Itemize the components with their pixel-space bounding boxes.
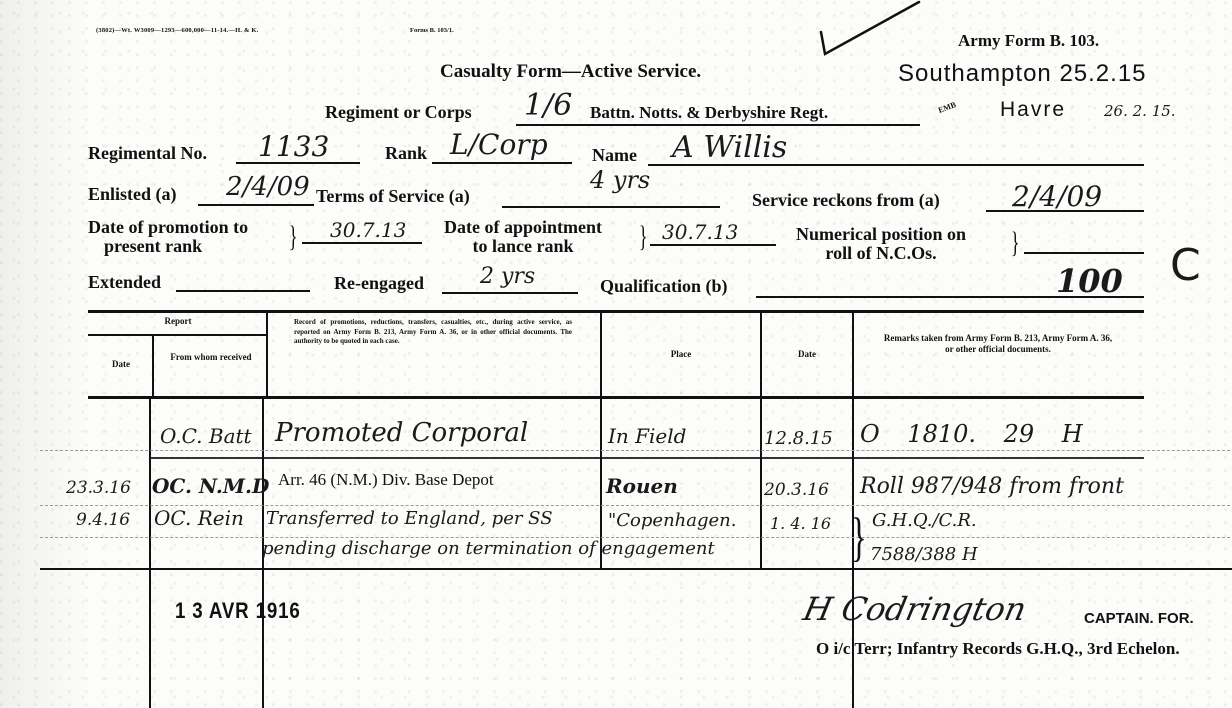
header-from-whom: From whom received (158, 352, 264, 363)
ncos-label: Numerical position on roll of N.C.Os. (796, 225, 966, 263)
row2-date: 23.3.16 (66, 478, 131, 498)
forms-reference: Forms B. 103/1. (410, 27, 454, 34)
row3-date: 9.4.16 (76, 510, 130, 530)
promotion-value: 30.7.13 (330, 218, 406, 242)
records-office: O i/c Terr; Infantry Records G.H.Q., 3rd… (816, 639, 1180, 659)
ncos-label-line1: Numerical position on (796, 225, 966, 244)
terms-underline (502, 206, 720, 208)
reckons-value: 2/4/09 (1012, 180, 1102, 213)
enlisted-value: 2/4/09 (226, 172, 310, 202)
qualification-label: Qualification (b) (600, 276, 728, 297)
name-label: Name (592, 145, 637, 166)
brace-icon: } (1011, 228, 1020, 258)
column-rule (266, 312, 268, 398)
ruled-line (40, 450, 1230, 451)
row3-remarks-line2: 7588/388 H (870, 544, 978, 565)
terms-value: 4 yrs (590, 166, 650, 194)
regiment-label: Regiment or Corps (325, 102, 472, 123)
row3-remarks-line1: G.H.Q./C.R. (872, 510, 977, 531)
signature-title: CAPTAIN. FOR. (1084, 610, 1194, 627)
margin-mark: C (1170, 240, 1201, 291)
appointment-value: 30.7.13 (662, 220, 738, 244)
extended-label: Extended (88, 272, 161, 293)
header-report: Report (90, 316, 266, 327)
army-form-number: Army Form B. 103. (958, 31, 1099, 51)
appointment-underline (650, 244, 776, 246)
row2-date-2: 20.3.16 (764, 480, 829, 500)
column-rule (152, 334, 154, 398)
promotion-label-line2: present rank (88, 237, 248, 256)
ncos-label-line2: roll of N.C.Os. (796, 244, 966, 263)
row1-date: 12.8.15 (764, 428, 833, 449)
name-value: A Willis (672, 130, 787, 165)
havre-stamp-date: 26. 2. 15. (1104, 102, 1176, 120)
regiment-value: Battn. Notts. & Derbyshire Regt. (590, 103, 828, 123)
promotion-label-line1: Date of promotion to (88, 218, 248, 237)
form-title: Casualty Form—Active Service. (440, 61, 701, 83)
print-code: (3802)—Wt. W3009—1293—600,000—11-14.—H. … (96, 27, 259, 34)
southampton-stamp: Southampton 25.2.15 (898, 60, 1147, 88)
reengaged-value: 2 yrs (480, 264, 535, 289)
regiment-underline (516, 124, 920, 126)
appointment-label-line1: Date of appointment (444, 218, 602, 237)
brace-icon: } (639, 222, 648, 252)
rank-underline (432, 162, 572, 164)
enlisted-underline (198, 204, 314, 206)
appointment-label-line2: to lance rank (444, 237, 602, 256)
reckons-label: Service reckons from (a) (752, 190, 940, 211)
qualification-value: 100 (1056, 262, 1123, 300)
brace-icon: } (289, 222, 298, 252)
row3-record-line2: pending discharge on termination of enga… (262, 538, 715, 559)
row2-place: Rouen (606, 474, 678, 498)
row3-record-line1: Transferred to England, per SS (266, 508, 553, 529)
promotion-label: Date of promotion to present rank (88, 218, 248, 256)
rank-label: Rank (385, 143, 427, 164)
regiment-battalion: 1/6 (524, 88, 572, 123)
header-date-2: Date (762, 349, 852, 360)
row2-record: Arr. 46 (N.M.) Div. Base Depot (278, 470, 494, 490)
row1-remarks: O 1810. 29 H (860, 420, 1083, 448)
ncos-underline (1024, 252, 1144, 254)
terms-label: Terms of Service (a) (316, 186, 470, 207)
regimental-no-value: 1133 (258, 130, 329, 163)
header-date: Date (90, 359, 152, 370)
extended-underline (176, 290, 310, 292)
table-top-rule (88, 310, 1144, 313)
check-mark-icon (815, 0, 925, 60)
header-record: Record of promotions, reductions, transf… (294, 318, 572, 347)
appointment-label: Date of appointment to lance rank (444, 218, 602, 256)
reengaged-underline (442, 292, 578, 294)
row1-record: Promoted Corporal (275, 418, 528, 448)
regimental-no-label: Regimental No. (88, 143, 207, 164)
row1-place: In Field (608, 424, 686, 448)
brace-icon: } (851, 510, 867, 564)
row1-from-whom: O.C. Batt (160, 424, 252, 448)
table-header-bottom-rule (88, 396, 1144, 399)
reengaged-label: Re-engaged (334, 273, 424, 294)
row2-from-whom: OC. N.M.D (152, 474, 269, 498)
havre-stamp: Havre (1000, 98, 1066, 122)
row3-place: "Copenhagen. (608, 510, 736, 531)
column-rule (149, 398, 151, 708)
row3-date-2: 1. 4. 16 (770, 514, 831, 533)
row-divider (150, 457, 1144, 459)
rank-value: L/Corp (450, 128, 548, 161)
signature: H Codrington (800, 590, 1030, 628)
promotion-underline (302, 242, 422, 244)
header-place: Place (602, 349, 760, 360)
header-remarks: Remarks taken from Army Form B. 213, Arm… (880, 333, 1116, 354)
date-stamp: 1 3 AVR 1916 (175, 598, 301, 624)
report-subheader-rule (88, 334, 266, 336)
row3-from-whom: OC. Rein (154, 506, 244, 530)
row2-remarks: Roll 987/948 from front (860, 474, 1124, 499)
enlisted-label: Enlisted (a) (88, 184, 177, 205)
table-bottom-rule (40, 568, 1232, 570)
